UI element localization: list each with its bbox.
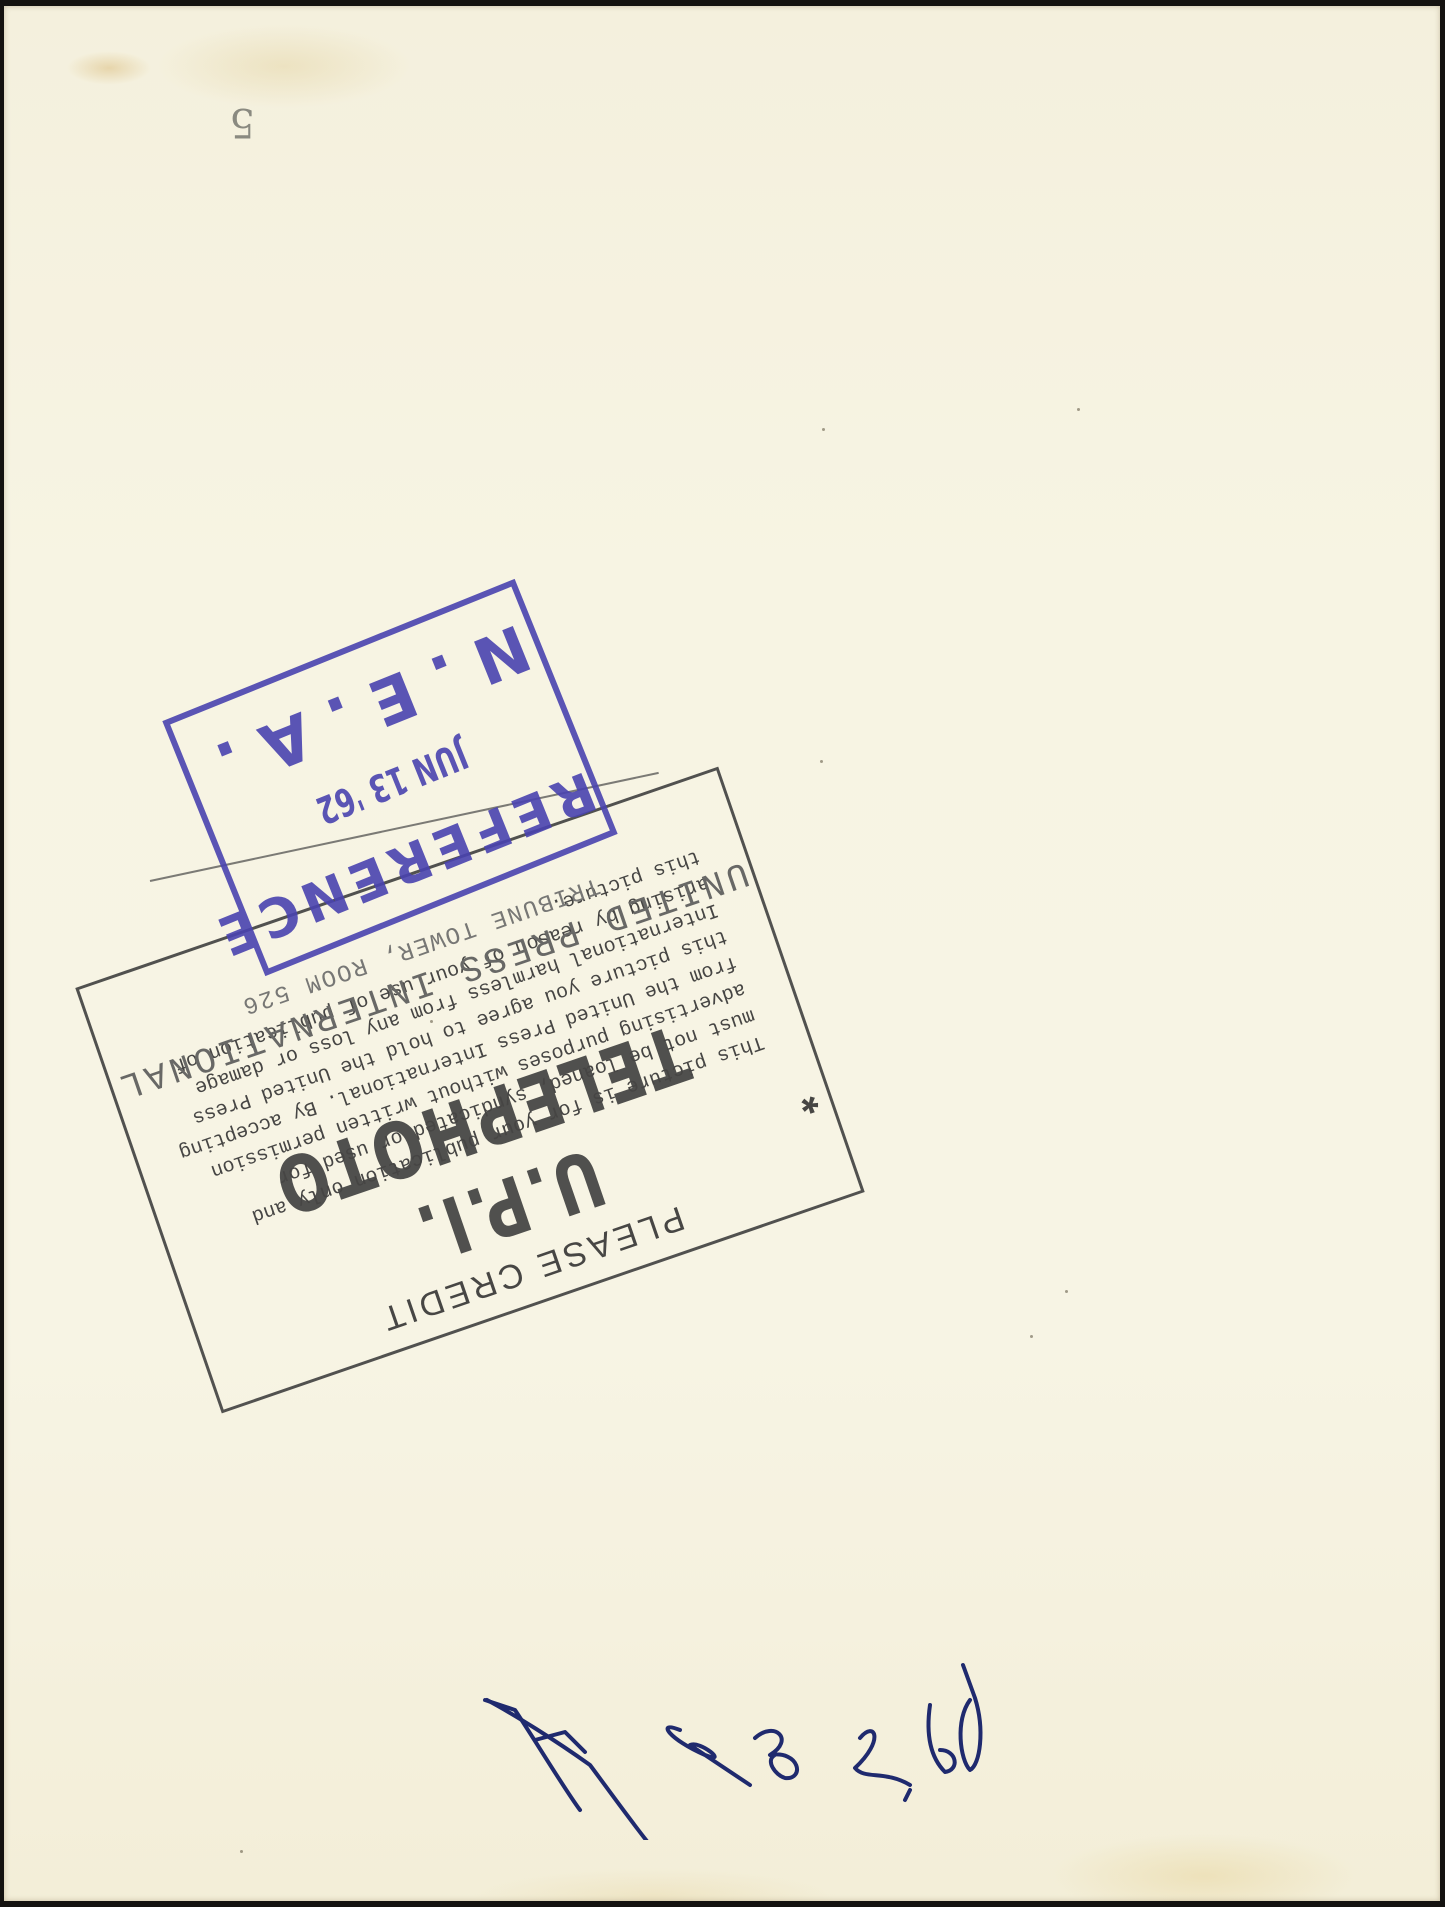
asterisk-icon: * <box>791 1071 823 1124</box>
pencil-mark: 5 <box>215 85 255 145</box>
handwriting-strokes <box>455 1660 1035 1840</box>
handwritten-catalog-number: A 93260 <box>455 1660 1035 1840</box>
